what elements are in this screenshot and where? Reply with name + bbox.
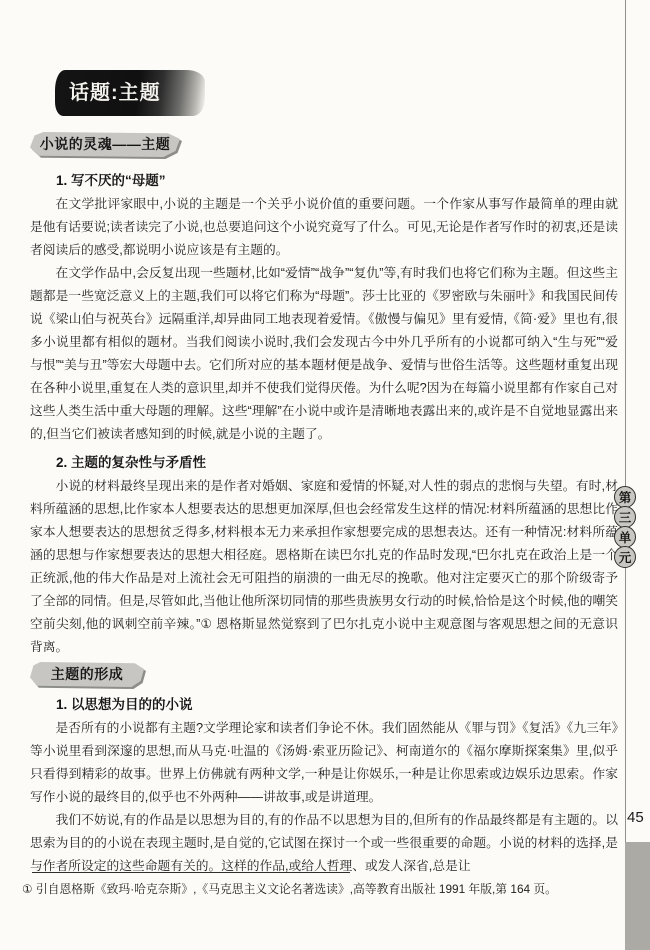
main-text-column: 话题:主题 小说的灵魂——主题 1. 写不厌的“母题” 在文学批评家眼中,小说的… [30,70,618,880]
section-banner-wrap-2: 主题的形成 [30,662,618,687]
section-banner-label: 主题的形成 [51,663,124,686]
unit-badge-char: 第 [614,486,636,508]
textbook-page: 话题:主题 小说的灵魂——主题 1. 写不厌的“母题” 在文学批评家眼中,小说的… [0,0,650,950]
paragraph: 小说的材料最终呈现出来的是作者对婚姻、家庭和爱情的怀疑,对人性的弱点的悲悯与失望… [30,474,618,658]
section-banner-soul-of-novel: 小说的灵魂——主题 [30,132,180,157]
subsection-heading-inexhaustible-motif: 1. 写不厌的“母题” [56,169,618,192]
subsection-heading-complexity-contradiction: 2. 主题的复杂性与矛盾性 [56,451,618,474]
corner-gray-block [625,842,650,950]
footnote-text: ① 引自恩格斯《致玛·哈克奈斯》,《马克思主义文论名著选读》,高等教育出版社 1… [22,881,588,897]
unit-badge-char: 三 [614,506,636,528]
unit-badge-char: 元 [614,546,636,568]
paragraph: 是否所有的小说都有主题?文学理论家和读者们争论不休。我们固然能从《罪与罚》《复活… [30,716,618,808]
chapter-title: 话题:主题 [69,82,161,105]
paragraph: 在文学批评家眼中,小说的主题是一个关乎小说价值的重要问题。一个作家从事写作最简单… [30,192,618,261]
footnote-separator-rule [32,872,350,873]
section-banner-theme-formation: 主题的形成 [30,662,144,687]
section-banner-wrap-1: 小说的灵魂——主题 [30,132,618,157]
unit-badge-char: 单 [614,526,636,548]
footnote-block: ① 引自恩格斯《致玛·哈克奈斯》,《马克思主义文论名著选读》,高等教育出版社 1… [22,872,588,897]
paragraph: 在文学作品中,会反复出现一些题材,比如“爱情”“战争”“复仇”等,有时我们也将它… [30,261,618,445]
section-banner-label: 小说的灵魂——主题 [40,133,171,156]
subsection-heading-idea-driven-novel: 1. 以思想为目的的小说 [56,693,618,716]
unit-label-badges: 第 三 单 元 [614,486,636,566]
page-number: 45 [627,809,644,826]
paragraph: 我们不妨说,有的作品是以思想为目的,有的作品不以思想为目的,但所有的作品最终都是… [30,808,618,877]
margin-vertical-rule [625,0,626,842]
chapter-title-banner: 话题:主题 [55,70,205,116]
